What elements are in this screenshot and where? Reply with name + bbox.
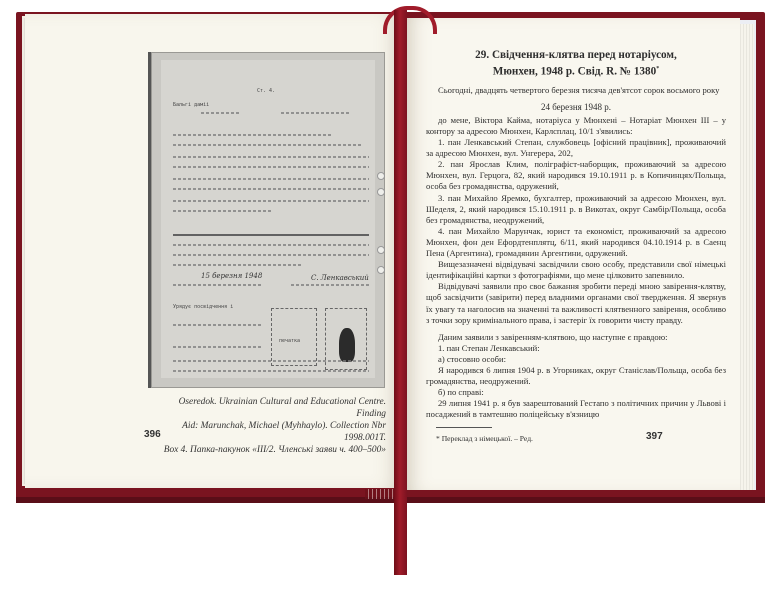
doc-signature: С. Ленкавський — [311, 274, 369, 282]
punch-hole — [377, 188, 385, 196]
footnote: * Переклад з німецької. – Ред. — [436, 433, 726, 444]
doc-seal-mark — [339, 328, 355, 362]
doc-date-handwritten: 15 березня 1948 — [201, 272, 262, 280]
body-paragraph: а) стосовно особи: — [426, 354, 726, 365]
punch-hole — [377, 172, 385, 180]
document-date: 24 березня 1948 р. — [426, 102, 726, 113]
body-paragraph: 3. пан Михайло Яремко, бухгалтер, прожив… — [426, 193, 726, 226]
body-paragraph: 1. пан Ленкавський Степан, службовець [о… — [426, 137, 726, 159]
section-title: 29. Свідчення-клятва перед нотаріусом, М… — [426, 48, 726, 79]
body-paragraph: Відвідувачі заявили про своє бажання зро… — [426, 281, 726, 325]
right-page-number: 397 — [646, 431, 663, 442]
caption-line: Box 4. Папка-пакунок «III/2. Членські за… — [150, 444, 386, 456]
typewritten-document: Ст. 4. Бальгі даміі 15 березня 1948 С. Л… — [161, 60, 375, 378]
punch-hole — [377, 246, 385, 254]
body-paragraph: 1. пан Степан Ленкавський: — [426, 343, 726, 354]
right-page-text: 29. Свідчення-клятва перед нотаріусом, М… — [426, 48, 726, 445]
right-page-edges — [738, 24, 754, 490]
body-paragraph: б) по справі: — [426, 387, 726, 398]
body-paragraph: 2. пан Ярослав Клим, поліграфіст-наборщи… — [426, 159, 726, 192]
caption-line: Oseredok. Ukrainian Cultural and Educati… — [150, 396, 386, 420]
body-paragraph: до мене, Віктора Кайма, нотаріуса у Мюнх… — [426, 115, 726, 137]
archival-document-photo: Ст. 4. Бальгі даміі 15 березня 1948 С. Л… — [148, 52, 385, 388]
body-paragraph: Я народився 6 липня 1904 р. в Угорниках,… — [426, 365, 726, 387]
body-paragraph: 4. пан Михайло Марунчак, юрист та економ… — [426, 226, 726, 259]
doc-addressee: Бальгі даміі — [173, 102, 209, 108]
doc-stamp-label: печатка — [279, 338, 300, 344]
ribbon-bookmark[interactable] — [394, 10, 407, 575]
intro-paragraph: Сьогодні, двадцять четвертого березня ти… — [426, 85, 726, 96]
doc-header: Ст. 4. — [257, 88, 275, 94]
footnote-rule — [436, 427, 492, 428]
photo-caption: Oseredok. Ukrainian Cultural and Educati… — [150, 396, 386, 456]
punch-hole — [377, 266, 385, 274]
left-page-number: 396 — [144, 429, 161, 440]
caption-line: Aid: Marunchak, Michael (Myhhaylo). Coll… — [150, 420, 386, 444]
ribbon-bookmark-loop — [383, 6, 437, 34]
doc-registry-label: Урядує посвідчення і — [173, 304, 233, 310]
body-paragraph: Даним заявили з завіренням-клятвою, що н… — [426, 332, 726, 343]
doc-stamp-box — [271, 308, 317, 366]
body-paragraph: 29 липня 1941 р. я був заарештований Гес… — [426, 398, 726, 420]
body-paragraph: Вищезазначені відвідувачі засвідчили сво… — [426, 259, 726, 281]
